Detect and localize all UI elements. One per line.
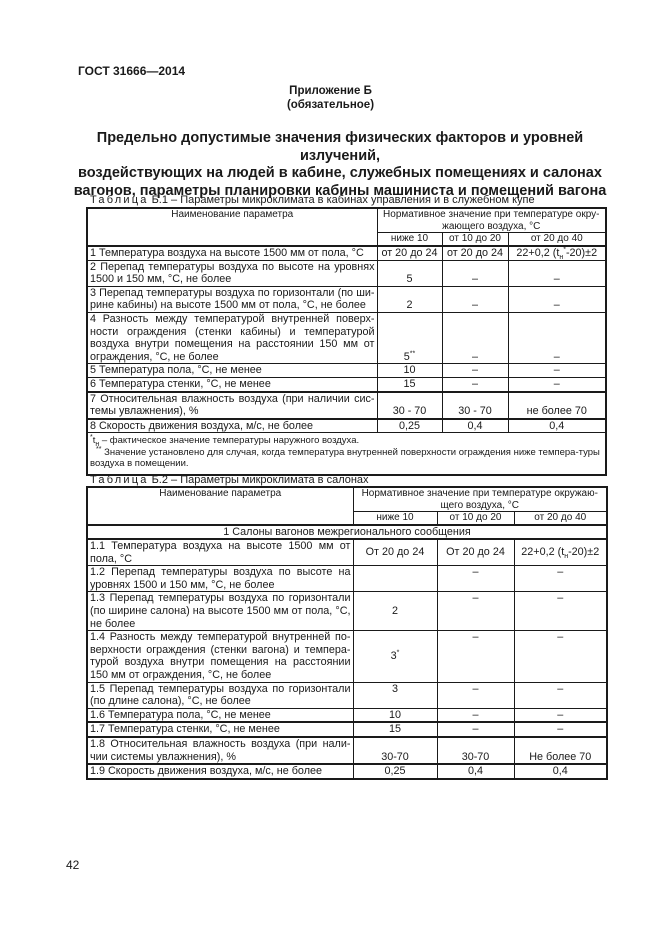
- table-row: 1.3 Перепад температуры воздуха по гориз…: [87, 592, 607, 631]
- value-20-40: –: [508, 364, 606, 378]
- table2-subcol-3: от 20 до 40: [514, 512, 607, 525]
- value-below-10: 2: [353, 592, 437, 631]
- value-20-40: –: [514, 682, 607, 708]
- table-row: 1.9 Скорость движения воздуха, м/с, не б…: [87, 764, 607, 779]
- value-below-10: 5: [377, 260, 442, 286]
- footnotes-cell: *tн – фактическое значение температуры н…: [87, 433, 606, 475]
- value-below-10: 3*: [353, 631, 437, 682]
- value-20-40: –: [514, 631, 607, 682]
- param-name: 1.3 Перепад температуры воздуха по гориз…: [87, 592, 353, 631]
- table1-caption: Таблица Б.1 – Параметры микроклимата в к…: [90, 194, 535, 206]
- value-20-40: –: [514, 566, 607, 592]
- table-row: 2 Перепад температуры воздуха по высоте …: [87, 260, 606, 286]
- footnote-2: ** Значение установлено для случая, когд…: [90, 447, 603, 470]
- table2-header-row: Наименование параметра Нормативное значе…: [87, 487, 607, 512]
- value-10-20: –: [442, 312, 508, 363]
- value-10-20: 0,4: [442, 419, 508, 433]
- table1-col-param: Наименование параметра: [87, 208, 377, 246]
- value-20-40: 0,4: [514, 764, 607, 779]
- table1-footnotes: *tн – фактическое значение температуры н…: [87, 433, 606, 475]
- value-10-20: от 20 до 24: [442, 246, 508, 260]
- table-row: 4 Разность между температурой внутренней…: [87, 312, 606, 363]
- table2-subcol-2: от 10 до 20: [437, 512, 514, 525]
- table2-subcol-1: ниже 10: [353, 512, 437, 525]
- table-b2: Наименование параметра Нормативное значе…: [86, 486, 608, 780]
- value-20-40: –: [514, 722, 607, 737]
- value-20-40: –: [508, 260, 606, 286]
- value-below-10: 2: [377, 286, 442, 312]
- table2-caption-label: Таблица: [90, 474, 149, 486]
- table-row: 1.4 Разность между температурой внутренн…: [87, 631, 607, 682]
- table2-caption: Таблица Б.2 – Параметры микроклимата в с…: [90, 474, 369, 486]
- table2-col-norm: Нормативное значение при температуре окр…: [353, 487, 607, 512]
- table-row: 8 Скорость движения воздуха, м/с, не бол…: [87, 419, 606, 433]
- value-20-40: –: [508, 377, 606, 391]
- value-20-40: Не более 70: [514, 737, 607, 764]
- value-below-10: 15: [377, 377, 442, 391]
- param-name: 2 Перепад температуры воздуха по высоте …: [87, 260, 377, 286]
- value-below-10: От 20 до 24: [353, 539, 437, 566]
- appendix-heading: Приложение Б (обязательное): [0, 84, 661, 112]
- table-row: 1.5 Перепад температуры воздуха по гориз…: [87, 682, 607, 708]
- value-below-10: 5**: [377, 312, 442, 363]
- param-name: 1.7 Температура стенки, °С, не менее: [87, 722, 353, 737]
- value-20-40: 0,4: [508, 419, 606, 433]
- table-row: 1.6 Температура пола, °С, не менее 10 – …: [87, 708, 607, 722]
- param-name: 7 Относительная влажность воздуха (при н…: [87, 392, 377, 419]
- table-row: 1.8 Относительная влажность воздуха (при…: [87, 737, 607, 764]
- value-10-20: –: [442, 286, 508, 312]
- param-name: 3 Перепад температуры воздуха по горизон…: [87, 286, 377, 312]
- value-10-20: 30 - 70: [442, 392, 508, 419]
- value-below-10: 30-70: [353, 737, 437, 764]
- value-10-20: 30-70: [437, 737, 514, 764]
- table-row: 1 Температура воздуха на высоте 1500 мм …: [87, 246, 606, 260]
- section-heading: 1 Салоны вагонов межрегионального сообще…: [87, 525, 607, 540]
- footnote-1: *tн – фактическое значение температуры н…: [90, 435, 603, 447]
- table1-subcol-2: от 10 до 20: [442, 233, 508, 247]
- value-20-40: 22+0,2 (tн-20)±2: [514, 539, 607, 566]
- param-name: 1.6 Температура пола, °С, не менее: [87, 708, 353, 722]
- value-20-40: 22+0,2 (tн*-20)±2: [508, 246, 606, 260]
- table2-col-param: Наименование параметра: [87, 487, 353, 525]
- param-name: 1.2 Перепад температуры воздуха по высот…: [87, 566, 353, 592]
- value-below-10: 0,25: [353, 764, 437, 779]
- document-id: ГОСТ 31666—2014: [78, 64, 185, 78]
- title-line-2: воздействующих на людей в кабине, служеб…: [70, 165, 610, 183]
- table1-subcol-3: от 20 до 40: [508, 233, 606, 247]
- page-number: 42: [66, 858, 79, 872]
- value-below-10: 15: [353, 722, 437, 737]
- table-row: 5 Температура пола, °С, не менее 10 – –: [87, 364, 606, 378]
- value-10-20: –: [437, 592, 514, 631]
- table-row: 1.2 Перепад температуры воздуха по высот…: [87, 566, 607, 592]
- value-10-20: –: [442, 364, 508, 378]
- value-10-20: От 20 до 24: [437, 539, 514, 566]
- value-below-10: 30 - 70: [377, 392, 442, 419]
- value-20-40: не более 70: [508, 392, 606, 419]
- table1-caption-text: Б.1 – Параметры микроклимата в кабинах у…: [149, 194, 535, 206]
- value-20-40: –: [508, 312, 606, 363]
- appendix-title: Приложение Б: [0, 84, 661, 98]
- value-20-40: –: [508, 286, 606, 312]
- table2-caption-text: Б.2 – Параметры микроклимата в салонах: [149, 474, 369, 486]
- param-name: 5 Температура пола, °С, не менее: [87, 364, 377, 378]
- table2-section-row: 1 Салоны вагонов межрегионального сообще…: [87, 525, 607, 540]
- value-20-40: –: [514, 592, 607, 631]
- param-name: 1.5 Перепад температуры воздуха по гориз…: [87, 682, 353, 708]
- value-below-10: 10: [377, 364, 442, 378]
- table-row: 6 Температура стенки, °С, не менее 15 – …: [87, 377, 606, 391]
- value-below-10: 3: [353, 682, 437, 708]
- table-row: 1.7 Температура стенки, °С, не менее 15 …: [87, 722, 607, 737]
- param-name: 6 Температура стенки, °С, не менее: [87, 377, 377, 391]
- appendix-status: (обязательное): [0, 98, 661, 112]
- value-10-20: –: [437, 566, 514, 592]
- param-name: 8 Скорость движения воздуха, м/с, не бол…: [87, 419, 377, 433]
- table-b1: Наименование параметра Нормативное значе…: [86, 207, 607, 476]
- value-10-20: –: [442, 377, 508, 391]
- param-name: 1.4 Разность между температурой внутренн…: [87, 631, 353, 682]
- table1-subcol-1: ниже 10: [377, 233, 442, 247]
- table-row: 7 Относительная влажность воздуха (при н…: [87, 392, 606, 419]
- param-name: 4 Разность между температурой внутренней…: [87, 312, 377, 363]
- value-10-20: 0,4: [437, 764, 514, 779]
- param-name: 1.8 Относительная влажность воздуха (при…: [87, 737, 353, 764]
- table1-header-row: Наименование параметра Нормативное значе…: [87, 208, 606, 233]
- value-10-20: –: [442, 260, 508, 286]
- page-title: Предельно допустимые значения физических…: [70, 130, 610, 200]
- value-20-40: –: [514, 708, 607, 722]
- value-below-10: 0,25: [377, 419, 442, 433]
- value-below-10: [353, 566, 437, 592]
- value-10-20: –: [437, 631, 514, 682]
- value-below-10: 10: [353, 708, 437, 722]
- param-name: 1 Температура воздуха на высоте 1500 мм …: [87, 246, 377, 260]
- value-10-20: –: [437, 682, 514, 708]
- param-name: 1.1 Температура воздуха на высоте 1500 м…: [87, 539, 353, 566]
- table-row: 1.1 Температура воздуха на высоте 1500 м…: [87, 539, 607, 566]
- value-10-20: –: [437, 722, 514, 737]
- title-line-1: Предельно допустимые значения физических…: [70, 130, 610, 165]
- param-name: 1.9 Скорость движения воздуха, м/с, не б…: [87, 764, 353, 779]
- value-below-10: от 20 до 24: [377, 246, 442, 260]
- table1-caption-label: Таблица: [90, 194, 149, 206]
- table-row: 3 Перепад температуры воздуха по горизон…: [87, 286, 606, 312]
- table1-col-norm: Нормативное значение при температуре окр…: [377, 208, 606, 233]
- value-10-20: –: [437, 708, 514, 722]
